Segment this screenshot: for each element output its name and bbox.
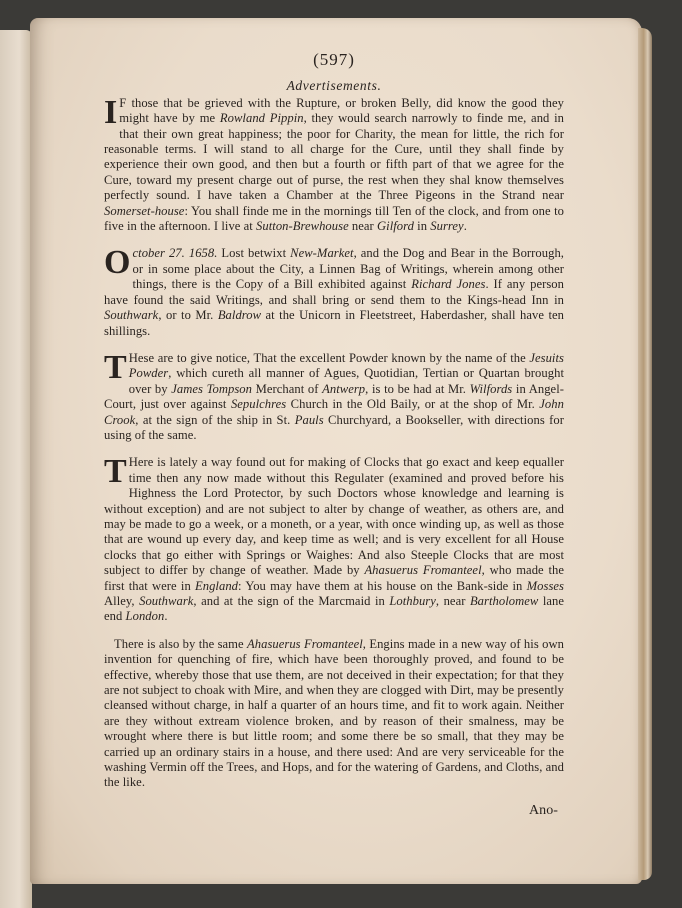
italic-name: London	[126, 609, 165, 623]
italic-name: Baldrow	[218, 308, 261, 322]
drop-cap: T	[104, 458, 127, 486]
italic-name: James Tompson	[171, 382, 252, 396]
italic-name: Ahasuerus Fromanteel	[247, 637, 363, 651]
text-run: Here is lately a way found out for makin…	[104, 455, 564, 577]
italic-name: New-Market	[290, 246, 353, 260]
italic-name: Ahasuerus Fromanteel	[364, 563, 481, 577]
left-page-edge	[0, 30, 32, 908]
italic-name: Sutton-Brewhouse	[256, 219, 349, 233]
italic-name: Mosses	[527, 579, 564, 593]
text-run: near	[349, 219, 377, 233]
italic-name: Pauls	[295, 413, 324, 427]
advertisement-rupture: I F those that be grieved with the Ruptu…	[104, 96, 564, 235]
text-run: , and at the sign of the Marcmaid in	[193, 594, 389, 608]
text-run: Hese are to give notice, That the excell…	[129, 351, 530, 365]
italic-name: Southwark	[104, 308, 158, 322]
ad-body: Hese are to give notice, That the excell…	[104, 351, 564, 443]
italic-name: Bartholomew	[470, 594, 538, 608]
italic-name: Wilfords	[470, 382, 513, 396]
text-run: , or to Mr.	[158, 308, 217, 322]
italic-name: Rowland Pippin	[220, 111, 304, 125]
italic-name: Sepulchres	[231, 397, 286, 411]
text-run: .	[164, 609, 167, 623]
text-run: : You may have them at his house on the …	[238, 579, 527, 593]
text-run: , near	[436, 594, 470, 608]
text-run: , Engins made in a new way of his own in…	[104, 637, 564, 790]
advertisement-lost-writings: O ctober 27. 1658. Lost betwixt New-Mark…	[104, 246, 564, 338]
italic-name: Richard Jones	[411, 277, 485, 291]
italic-name: Somerset-house	[104, 204, 184, 218]
section-heading: Advertisements.	[104, 78, 564, 93]
text-run: Merchant of	[252, 382, 322, 396]
text-run: , is to be had at Mr.	[365, 382, 469, 396]
italic-name: Gilford	[377, 219, 414, 233]
page-text: (597) Advertisements. I F those that be …	[104, 52, 564, 818]
text-run: Lost betwixt	[217, 246, 290, 260]
ad-body: Here is lately a way found out for makin…	[104, 455, 564, 624]
ad-body: F those that be grieved with the Rupture…	[104, 96, 564, 235]
text-run: Alley,	[104, 594, 139, 608]
italic-name: England	[195, 579, 238, 593]
drop-cap: T	[104, 354, 127, 382]
drop-cap: O	[104, 249, 131, 277]
italic-name: ctober 27. 1658.	[133, 246, 218, 260]
advertisement-jesuits-powder: T Hese are to give notice, That the exce…	[104, 351, 564, 443]
page-fore-edge	[638, 28, 652, 880]
italic-name: Lothbury	[389, 594, 436, 608]
text-run: Church in the Old Baily, or at the shop …	[286, 397, 539, 411]
italic-name: Antwerp	[322, 382, 365, 396]
page-number: (597)	[104, 52, 564, 67]
advertisement-clocks: T Here is lately a way found out for mak…	[104, 455, 564, 624]
italic-name: Southwark	[139, 594, 193, 608]
text-run: in	[414, 219, 430, 233]
italic-name: Surrey	[430, 219, 463, 233]
drop-cap: I	[104, 99, 117, 127]
catchword: Ano-	[104, 803, 564, 818]
text-run: .	[464, 219, 467, 233]
ad-body: ctober 27. 1658. Lost betwixt New-Market…	[104, 246, 564, 338]
ad-body: There is also by the same Ahasuerus From…	[104, 637, 564, 791]
text-run: , at the sign of the ship in St.	[135, 413, 294, 427]
text-run: There is also by the same	[114, 637, 247, 651]
advertisement-fire-engines: There is also by the same Ahasuerus From…	[104, 637, 564, 791]
